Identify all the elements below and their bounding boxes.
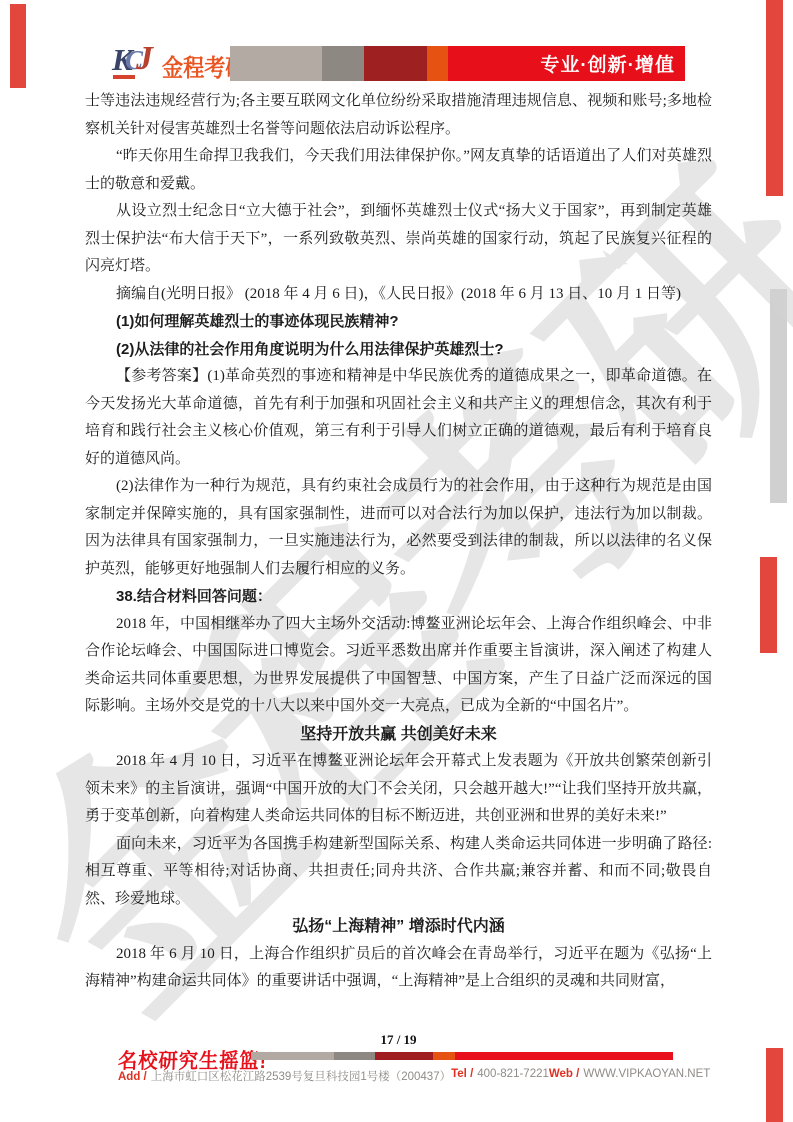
banner-segment-red: 专业·创新·增值 xyxy=(448,46,685,81)
address-value: 上海市虹口区松花江路2539号复旦科技园1号楼（200437） xyxy=(151,1071,451,1083)
footer-bar-segment-gray xyxy=(251,1052,334,1060)
footer-bar-segment-darkred xyxy=(375,1052,433,1060)
paragraph-13: 面向未来，习近平为各国携手构建新型国际关系、构建人类命运共同体进一步明确了路径:… xyxy=(85,831,712,914)
kcj-logo-icon: K C J xyxy=(112,42,154,82)
banner-slogan: 专业·创新·增值 xyxy=(540,50,685,77)
edge-bar-right-gray xyxy=(770,289,787,503)
edge-bar-right-mid xyxy=(760,557,777,653)
footer-divider-bar xyxy=(251,1052,673,1060)
paragraph-14: 弘扬“上海精神” 增添时代内涵 xyxy=(85,913,712,941)
banner-segment-gray xyxy=(230,46,322,81)
tel-value: 400-821-7221 xyxy=(477,1068,549,1080)
footer-bar-segment-red xyxy=(455,1052,673,1060)
paragraph-10: 2018 年，中国相继举办了四大主场外交活动:博鳌亚洲论坛年会、上海合作组织峰会… xyxy=(85,611,712,721)
footer-contacts: Add /上海市虹口区松花江路2539号复旦科技园1号楼（200437） Tel… xyxy=(118,1068,670,1084)
web-label: Web / xyxy=(549,1068,579,1080)
document-body: 士等违法违规经营行为;各主要互联网文化单位纷纷采取措施清理违规信息、视频和账号;… xyxy=(85,88,712,996)
paragraph-2: “昨天你用生命捍卫我我们，今天我们用法律保护你。”网友真挚的话语道出了人们对英雄… xyxy=(85,143,712,198)
address-label: Add / xyxy=(118,1071,147,1083)
document-page: 金程考研 K C J 金程考研 专业·创新·增值 士等违法违规经营行为;各主要互… xyxy=(0,0,793,1122)
banner-segment-orange xyxy=(427,46,448,81)
paragraph-1: 士等违法违规经营行为;各主要互联网文化单位纷纷采取措施清理违规信息、视频和账号;… xyxy=(85,88,712,143)
footer-bar-segment-orange xyxy=(433,1052,455,1060)
edge-bar-left-top xyxy=(10,4,26,88)
paragraph-3: 从设立烈士纪念日“立大德于社会”，到缅怀英雄烈士仪式“扬大义于国家”，再到制定英… xyxy=(85,198,712,281)
paragraph-7: 【参考答案】(1)革命英烈的事迹和精神是中华民族优秀的道德成果之一，即革命道德。… xyxy=(85,363,712,473)
tel-label: Tel / xyxy=(451,1068,473,1080)
logo-subtext-mark xyxy=(113,75,135,79)
web-value: WWW.VIPKAOYAN.NET xyxy=(583,1068,710,1080)
paragraph-4: 摘编自(光明日报》 (2018 年 4 月 6 日)，《人民日报》(2018 年… xyxy=(85,281,712,309)
header-banner: 专业·创新·增值 xyxy=(230,46,685,81)
paragraph-5: (1)如何理解英雄烈士的事迹体现民族精神? xyxy=(85,308,712,336)
paragraph-9: 38.结合材料回答问题： xyxy=(85,583,712,611)
paragraph-6: (2)从法律的社会作用角度说明为什么用法律保护英雄烈士? xyxy=(85,336,712,364)
contact-address: Add /上海市虹口区松花江路2539号复旦科技园1号楼（200437） xyxy=(118,1068,451,1084)
contact-web: Web /WWW.VIPKAOYAN.NET xyxy=(549,1068,710,1084)
banner-segment-darkred xyxy=(364,46,427,81)
paragraph-11: 坚持开放共赢 共创美好未来 xyxy=(85,721,712,749)
footer-bar-segment-darkgray xyxy=(334,1052,375,1060)
edge-bar-right-top xyxy=(766,0,783,196)
edge-bar-right-bottom xyxy=(766,1048,783,1122)
paragraph-15: 2018 年 6 月 10 日，上海合作组织扩员后的首次峰会在青岛举行，习近平在… xyxy=(85,941,712,996)
contact-tel: Tel /400-821-7221 xyxy=(451,1068,549,1084)
paragraph-12: 2018 年 4 月 10 日，习近平在博鳌亚洲论坛年会开幕式上发表题为《开放共… xyxy=(85,748,712,831)
banner-segment-darkgray xyxy=(322,46,364,81)
paragraph-8: (2)法律作为一种行为规范，具有约束社会成员行为的社会作用，由于这种行为规范是由… xyxy=(85,473,712,583)
